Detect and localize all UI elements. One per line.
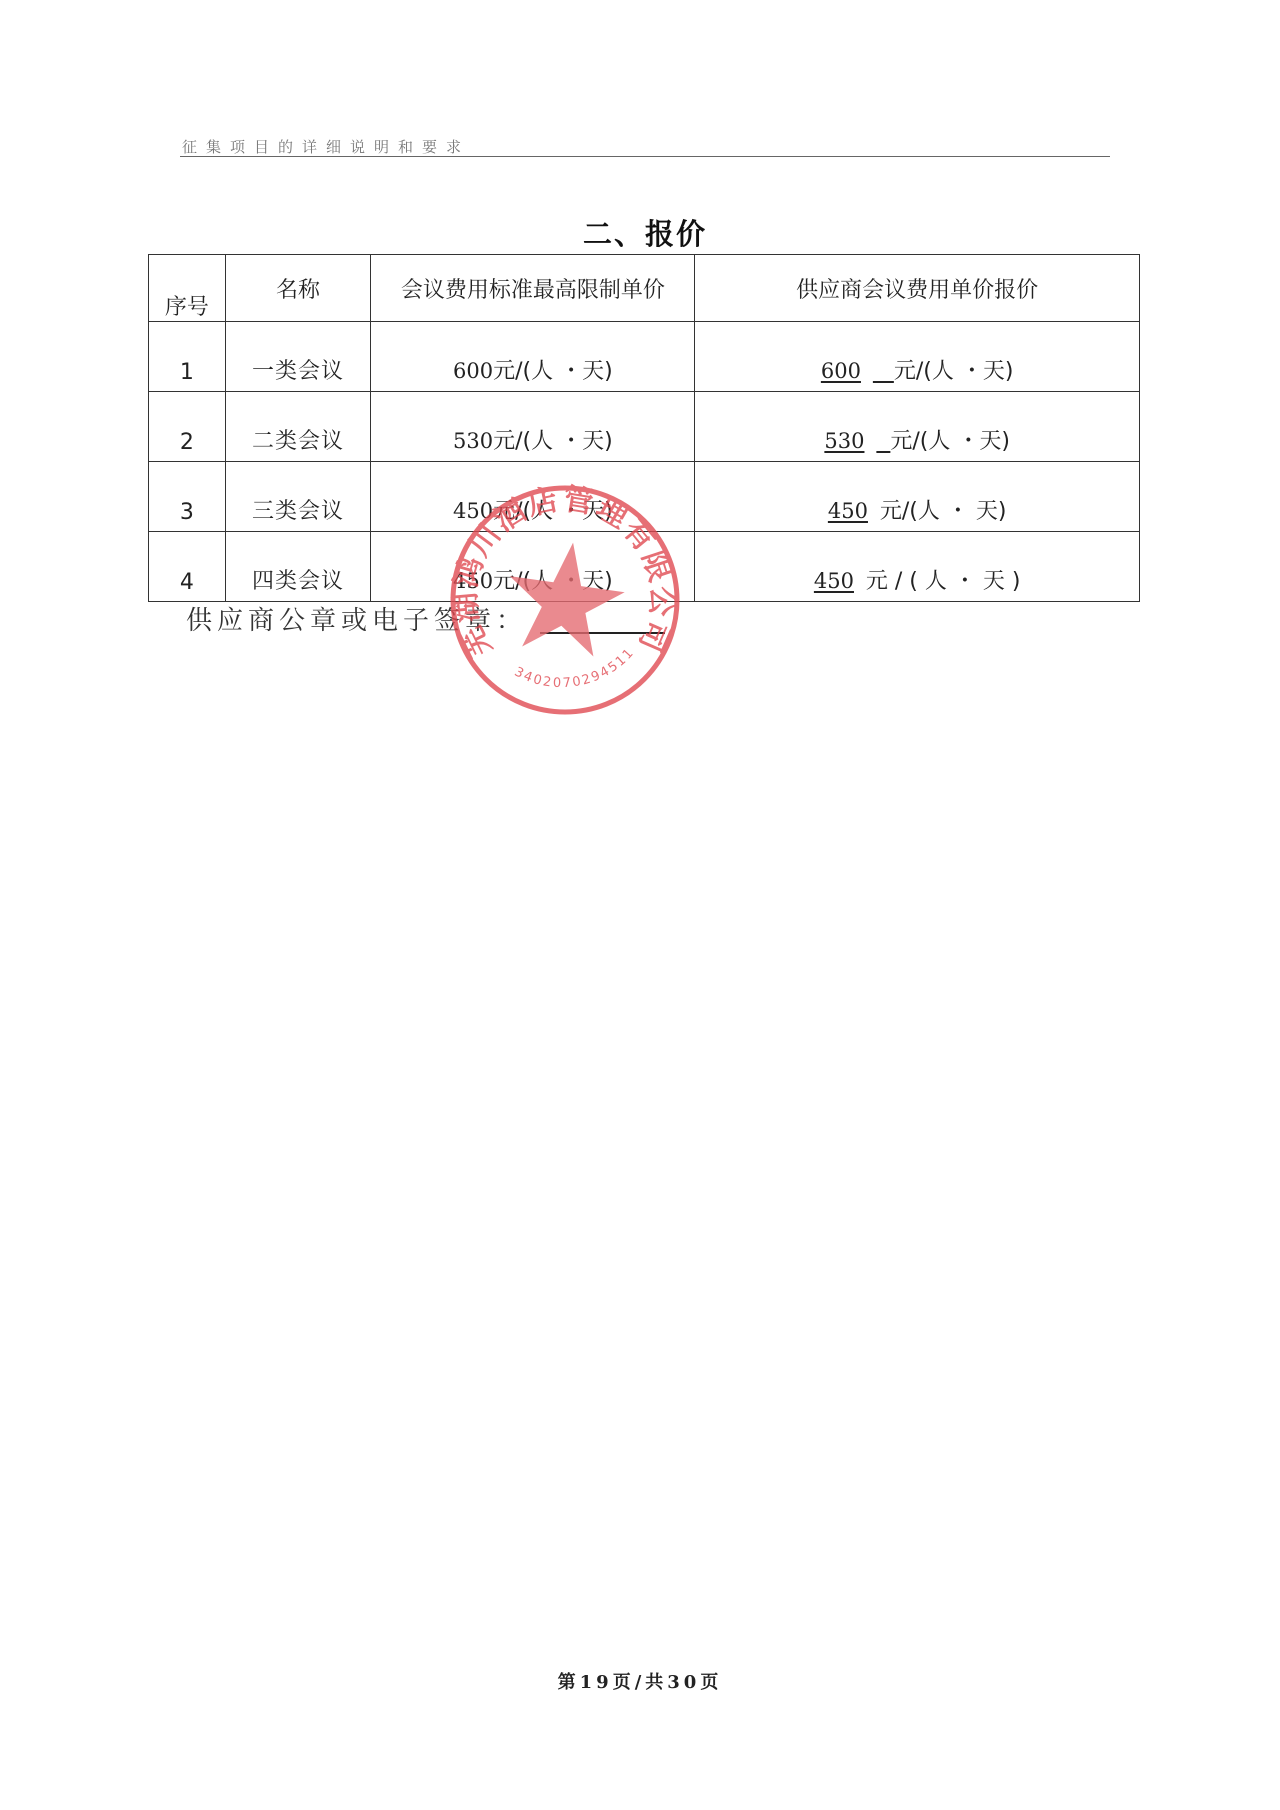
row-offer-price[interactable]: 450元/(人 ・ 天): [695, 462, 1140, 532]
row-name: 一类会议: [225, 322, 371, 392]
row-index: 1: [149, 322, 226, 392]
offer-price-unit: 元/(人 ・天): [894, 359, 1014, 384]
signature-line[interactable]: [540, 632, 665, 634]
max-price-unit: 元/(人 ・天): [493, 359, 613, 384]
row-index: 2: [149, 392, 226, 462]
running-header: 征集项目的详细说明和要求: [180, 136, 1110, 157]
offer-price-unit: 元/(人 ・ 天): [880, 499, 1007, 524]
svg-text:3402070294511: 3402070294511: [512, 645, 638, 691]
offer-underline: [876, 429, 890, 454]
table-row: 1 一类会议 600元/(人 ・天) 600 元/(人 ・天): [149, 322, 1140, 392]
running-header-text: 征集项目的详细说明和要求: [182, 136, 470, 157]
offer-price-value: 450: [814, 569, 866, 593]
row-name: 二类会议: [225, 392, 371, 462]
signature-label: 供应商公章或电子签章：: [186, 600, 527, 637]
offer-price-value: 450: [828, 499, 880, 523]
header-offer-price: 供应商会议费用单价报价: [695, 255, 1140, 322]
offer-underline: [873, 359, 894, 384]
table-row: 4 四类会议 450元/(人 ・天) 450元 / ( 人 ・ 天 ): [149, 532, 1140, 602]
section-title: 二、报价: [0, 212, 1280, 253]
max-price-unit: 元/(人 ・天): [493, 499, 613, 524]
row-offer-price[interactable]: 600 元/(人 ・天): [695, 322, 1140, 392]
row-max-price: 600元/(人 ・天): [371, 322, 695, 392]
seal-code: 3402070294511: [512, 645, 638, 691]
row-index: 3: [149, 462, 226, 532]
table-row: 3 三类会议 450元/(人 ・天) 450元/(人 ・ 天): [149, 462, 1140, 532]
quote-table: 序号 名称 会议费用标准最高限制单价 供应商会议费用单价报价 1 一类会议 60…: [148, 254, 1140, 602]
row-index: 4: [149, 532, 226, 602]
row-max-price: 450元/(人 ・天): [371, 532, 695, 602]
page-number: 第19页/共30页: [0, 1668, 1280, 1694]
row-name: 四类会议: [225, 532, 371, 602]
header-max-price: 会议费用标准最高限制单价: [371, 255, 695, 322]
row-max-price: 530元/(人 ・天): [371, 392, 695, 462]
table-row: 2 二类会议 530元/(人 ・天) 530 元/(人 ・天): [149, 392, 1140, 462]
offer-price-unit: 元/(人 ・天): [890, 429, 1010, 454]
header-index: 序号: [149, 255, 226, 322]
row-offer-price[interactable]: 530 元/(人 ・天): [695, 392, 1140, 462]
header-name: 名称: [225, 255, 371, 322]
table-header-row: 序号 名称 会议费用标准最高限制单价 供应商会议费用单价报价: [149, 255, 1140, 322]
max-price-value: 600: [453, 359, 493, 383]
row-name: 三类会议: [225, 462, 371, 532]
max-price-unit: 元/(人 ・天): [493, 429, 613, 454]
max-price-unit: 元/(人 ・天): [493, 569, 613, 594]
offer-price-value: 600: [821, 359, 873, 383]
max-price-value: 450: [453, 499, 493, 523]
max-price-value: 530: [453, 429, 493, 453]
row-max-price: 450元/(人 ・天): [371, 462, 695, 532]
offer-price-value: 530: [824, 429, 876, 453]
row-offer-price[interactable]: 450元 / ( 人 ・ 天 ): [695, 532, 1140, 602]
offer-price-unit: 元 / ( 人 ・ 天 ): [866, 569, 1021, 594]
max-price-value: 450: [453, 569, 493, 593]
